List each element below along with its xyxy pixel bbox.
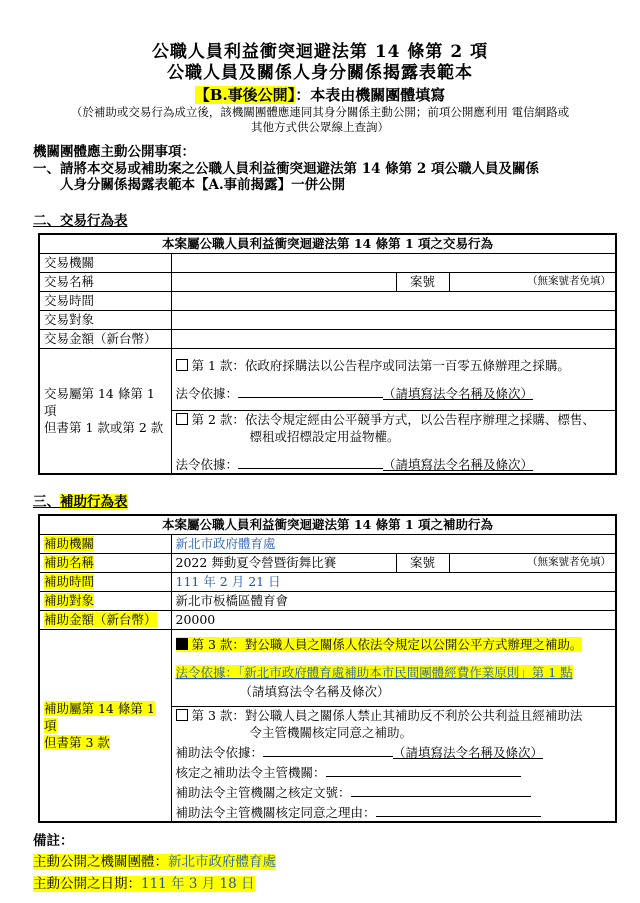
transaction-name-label: 交易名稱 bbox=[39, 272, 171, 291]
doc-note-line1: （於補助或交易行為成立後，該機關團體應連同其身分關係主動公開；前項公開應利用 電… bbox=[0, 105, 640, 120]
table-row: 交易金額（新台幣） bbox=[39, 329, 616, 348]
disclosure-date-value: 111 年 3 月 18 日 bbox=[141, 876, 255, 892]
table-row: 本案屬公職人員利益衝突迴避法第 14 條第 1 項之補助行為 bbox=[39, 515, 616, 535]
subsidy-amount-value: 20000 bbox=[171, 610, 616, 629]
after-disclosure-badge-suffix: ：本表由機關團體填寫 bbox=[295, 86, 445, 104]
subsidy-target-value: 新北市板橋區體育會 bbox=[171, 591, 616, 610]
transaction-case-number-note: （無案號者免填） bbox=[449, 272, 616, 291]
transaction-amount-label: 交易金額（新台幣） bbox=[39, 329, 171, 348]
transaction-time-value[interactable] bbox=[171, 291, 616, 310]
subsidy-agency-value: 新北市政府體育處 bbox=[171, 534, 616, 553]
subsidy-target-label: 補助對象 bbox=[39, 591, 171, 610]
checkbox-unchecked-icon[interactable] bbox=[176, 413, 188, 425]
table-row: 補助名稱 2022 舞動夏令營暨街舞比賽 案號 （無案號者免填） bbox=[39, 553, 616, 572]
transaction-name-value[interactable] bbox=[171, 272, 396, 291]
approval-agency-blank-field[interactable] bbox=[326, 764, 521, 777]
transaction-option1-law-line: 法令依據：（請填寫法令名稱及條次） bbox=[176, 385, 612, 402]
subsidy-option2-cell: 第 3 款：對公職人員之關係人禁止其補助反不利於公共利益且經補助法 令主管機關核… bbox=[171, 706, 616, 822]
approval-reason-line: 補助法令主管機關核定同意之理由： bbox=[176, 804, 612, 821]
transaction-target-value[interactable] bbox=[171, 310, 616, 329]
transaction-amount-value[interactable] bbox=[171, 329, 616, 348]
subsidy-clause-label: 補助屬第 14 條第 1 項 但書第 3 款 bbox=[39, 629, 171, 822]
subsidy-option1-law-line: 法令依據：「新北市政府體育處補助本市民間團體經費作業原則」第 1 點 bbox=[176, 664, 612, 681]
subsidy-section-heading: 三、補助行為表 bbox=[33, 490, 640, 510]
table-row: 補助對象 新北市板橋區體育會 bbox=[39, 591, 616, 610]
transaction-case-number-label: 案號 bbox=[396, 272, 449, 291]
transaction-agency-label: 交易機關 bbox=[39, 253, 171, 272]
subsidy-case-number-note: （無案號者免填） bbox=[449, 553, 616, 572]
table-row: 補助時間 111 年 2 月 21 日 bbox=[39, 572, 616, 591]
law-basis-blank-field[interactable] bbox=[238, 385, 383, 398]
disclosure-org-label: 主動公開之機關團體： bbox=[33, 854, 168, 870]
checkbox-unchecked-icon[interactable] bbox=[176, 709, 188, 721]
notice-item1-line1: 一、請將本交易或補助案之公職人員利益衝突迴避法第 14 條第 2 項公職人員及關… bbox=[33, 161, 640, 178]
subsidy-option1-law-note: （請填寫法令名稱及條次） bbox=[240, 683, 612, 700]
subsidy-time-label: 補助時間 bbox=[39, 572, 171, 591]
subsidy-name-value: 2022 舞動夏令營暨街舞比賽 bbox=[171, 553, 396, 572]
subsidy-case-number-label: 案號 bbox=[396, 553, 449, 572]
doc-subtitle: 【B.事後公開】：本表由機關團體填寫 bbox=[0, 85, 640, 105]
subsidy-time-value: 111 年 2 月 21 日 bbox=[171, 572, 616, 591]
table-row: 補助屬第 14 條第 1 項 但書第 3 款 第 3 款：對公職人員之關係人依法… bbox=[39, 629, 616, 706]
table-row: 交易時間 bbox=[39, 291, 616, 310]
footer-block: 備註： 主動公開之機關團體：新北市政府體育處 主動公開之日期：111 年 3 月… bbox=[33, 831, 640, 896]
table-row: 補助金額（新台幣） 20000 bbox=[39, 610, 616, 629]
transaction-table: 本案屬公職人員利益衝突迴避法第 14 條第 1 項之交易行為 交易機關 交易名稱… bbox=[38, 233, 617, 475]
transaction-target-label: 交易對象 bbox=[39, 310, 171, 329]
doc-note-line2: 其他方式供公眾線上查詢） bbox=[0, 120, 640, 135]
subsidy-agency-label: 補助機關 bbox=[39, 534, 171, 553]
subsidy-option2-line2: 令主管機關核定同意之補助。 bbox=[176, 724, 612, 741]
checkbox-unchecked-icon[interactable] bbox=[176, 359, 188, 371]
subsidy-option1-line: 第 3 款：對公職人員之關係人依法令規定以公開公平方式辦理之補助。 bbox=[176, 636, 612, 653]
transaction-table-title: 本案屬公職人員利益衝突迴避法第 14 條第 1 項之交易行為 bbox=[39, 234, 616, 254]
transaction-section-heading: 二、交易行為表 bbox=[33, 209, 640, 229]
table-row: 交易機關 bbox=[39, 253, 616, 272]
subsidy-name-label: 補助名稱 bbox=[39, 553, 171, 572]
law-basis-blank-field[interactable] bbox=[263, 744, 393, 757]
transaction-option1-cell: 第 1 款：依政府採購法以公告程序或同法第一百零五條辦理之採購。 法令依據：（請… bbox=[171, 348, 616, 410]
disclosure-org-line: 主動公開之機關團體：新北市政府體育處 bbox=[33, 852, 640, 874]
notice-block: 機關團體應主動公開事項： 一、請將本交易或補助案之公職人員利益衝突迴避法第 14… bbox=[33, 144, 640, 194]
table-row: 交易名稱 案號 （無案號者免填） bbox=[39, 272, 616, 291]
disclosure-org-value: 新北市政府體育處 bbox=[168, 854, 276, 870]
table-row: 本案屬公職人員利益衝突迴避法第 14 條第 1 項之交易行為 bbox=[39, 234, 616, 254]
subsidy-option1-cell: 第 3 款：對公職人員之關係人依法令規定以公開公平方式辦理之補助。 法令依據：「… bbox=[171, 629, 616, 706]
table-row: 補助機關 新北市政府體育處 bbox=[39, 534, 616, 553]
notice-item1-line2: 人身分關係揭露表範本【A.事前揭露】一併公開 bbox=[33, 177, 640, 194]
transaction-option2-line2: 標租或招標設定用益物權。 bbox=[176, 428, 612, 445]
subsidy-amount-label: 補助金額（新台幣） bbox=[39, 610, 171, 629]
document-page: 公職人員利益衝突迴避法第 14 條第 2 項 公職人員及關係人身分關係揭露表範本… bbox=[0, 0, 640, 903]
after-disclosure-badge: 【B.事後公開】 bbox=[195, 86, 295, 104]
remark-label: 備註： bbox=[33, 831, 640, 853]
subsidy-table-title: 本案屬公職人員利益衝突迴避法第 14 條第 1 項之補助行為 bbox=[39, 515, 616, 535]
doc-title-line1: 公職人員利益衝突迴避法第 14 條第 2 項 bbox=[0, 42, 640, 63]
subsidy-law-basis-line: 補助法令依據：（請填寫法令名稱及條次） bbox=[176, 744, 612, 761]
transaction-option2-law-line: 法令依據：（請填寫法令名稱及條次） bbox=[176, 456, 612, 473]
subsidy-option2-line1: 第 3 款：對公職人員之關係人禁止其補助反不利於公共利益且經補助法 bbox=[176, 707, 612, 724]
transaction-time-label: 交易時間 bbox=[39, 291, 171, 310]
transaction-clause-label: 交易屬第 14 條第 1 項 但書第 1 款或第 2 款 bbox=[39, 348, 171, 474]
checkbox-checked-icon[interactable] bbox=[176, 638, 188, 650]
disclosure-date-line: 主動公開之日期：111 年 3 月 18 日 bbox=[33, 874, 640, 896]
transaction-agency-value[interactable] bbox=[171, 253, 616, 272]
approval-agency-line: 核定之補助法令主管機關： bbox=[176, 764, 612, 781]
transaction-option1-line: 第 1 款：依政府採購法以公告程序或同法第一百零五條辦理之採購。 bbox=[176, 357, 612, 374]
disclosure-date-label: 主動公開之日期： bbox=[33, 876, 141, 892]
transaction-option2-line1: 第 2 款：依法令規定經由公平競爭方式，以公告程序辦理之採購、標售、 bbox=[176, 411, 612, 428]
law-basis-blank-field[interactable] bbox=[238, 456, 383, 469]
table-row: 交易對象 bbox=[39, 310, 616, 329]
approval-reason-blank-field[interactable] bbox=[376, 804, 541, 817]
transaction-option2-cell: 第 2 款：依法令規定經由公平競爭方式，以公告程序辦理之採購、標售、 標租或招標… bbox=[171, 410, 616, 474]
doc-title-line2: 公職人員及關係人身分關係揭露表範本 bbox=[0, 63, 640, 84]
table-row: 交易屬第 14 條第 1 項 但書第 1 款或第 2 款 第 1 款：依政府採購… bbox=[39, 348, 616, 410]
approval-doc-blank-field[interactable] bbox=[351, 784, 531, 797]
approval-doc-line: 補助法令主管機關之核定文號： bbox=[176, 784, 612, 801]
subsidy-table: 本案屬公職人員利益衝突迴避法第 14 條第 1 項之補助行為 補助機關 新北市政… bbox=[38, 514, 617, 823]
notice-heading: 機關團體應主動公開事項： bbox=[33, 144, 640, 161]
